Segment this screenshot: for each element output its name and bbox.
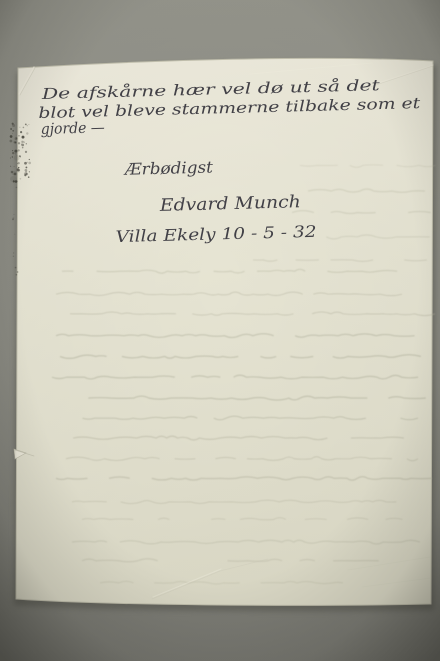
letter-photo: De afskårne hær vel dø ut så det blot ve…	[0, 0, 440, 661]
vignette-overlay	[0, 0, 440, 661]
